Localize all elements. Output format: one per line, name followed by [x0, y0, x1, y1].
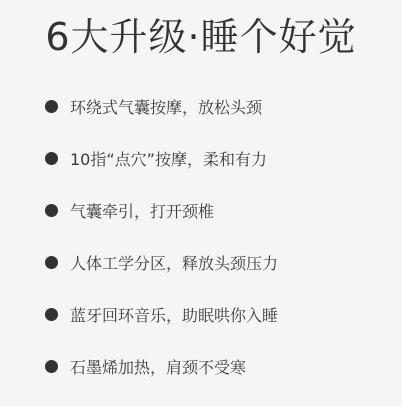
feature-text: 10指“点穴”按摩，柔和有力 — [70, 147, 267, 170]
feature-text: 气囊牵引，打开颈椎 — [70, 199, 214, 222]
feature-item: 蓝牙回环音乐，助眠哄你入睡 — [45, 300, 278, 328]
feature-text: 环绕式气囊按摩，放松头颈 — [70, 95, 262, 118]
feature-list: 环绕式气囊按摩，放松头颈 10指“点穴”按摩，柔和有力 气囊牵引，打开颈椎 人体… — [45, 92, 278, 404]
bullet-dot-icon — [45, 152, 58, 165]
feature-item: 环绕式气囊按摩，放松头颈 — [45, 92, 278, 120]
feature-text: 蓝牙回环音乐，助眠哄你入睡 — [70, 303, 278, 326]
feature-item: 人体工学分区，释放头颈压力 — [45, 248, 278, 276]
page-title: 6大升级·睡个好觉 — [0, 12, 402, 62]
feature-item: 气囊牵引，打开颈椎 — [45, 196, 278, 224]
feature-item: 石墨烯加热，肩颈不受寒 — [45, 352, 278, 380]
feature-item: 10指“点穴”按摩，柔和有力 — [45, 144, 278, 172]
feature-text: 石墨烯加热，肩颈不受寒 — [70, 355, 246, 378]
feature-text: 人体工学分区，释放头颈压力 — [70, 251, 278, 274]
bullet-dot-icon — [45, 204, 58, 217]
bullet-dot-icon — [45, 100, 58, 113]
bullet-dot-icon — [45, 308, 58, 321]
bullet-dot-icon — [45, 256, 58, 269]
bullet-dot-icon — [45, 360, 58, 373]
